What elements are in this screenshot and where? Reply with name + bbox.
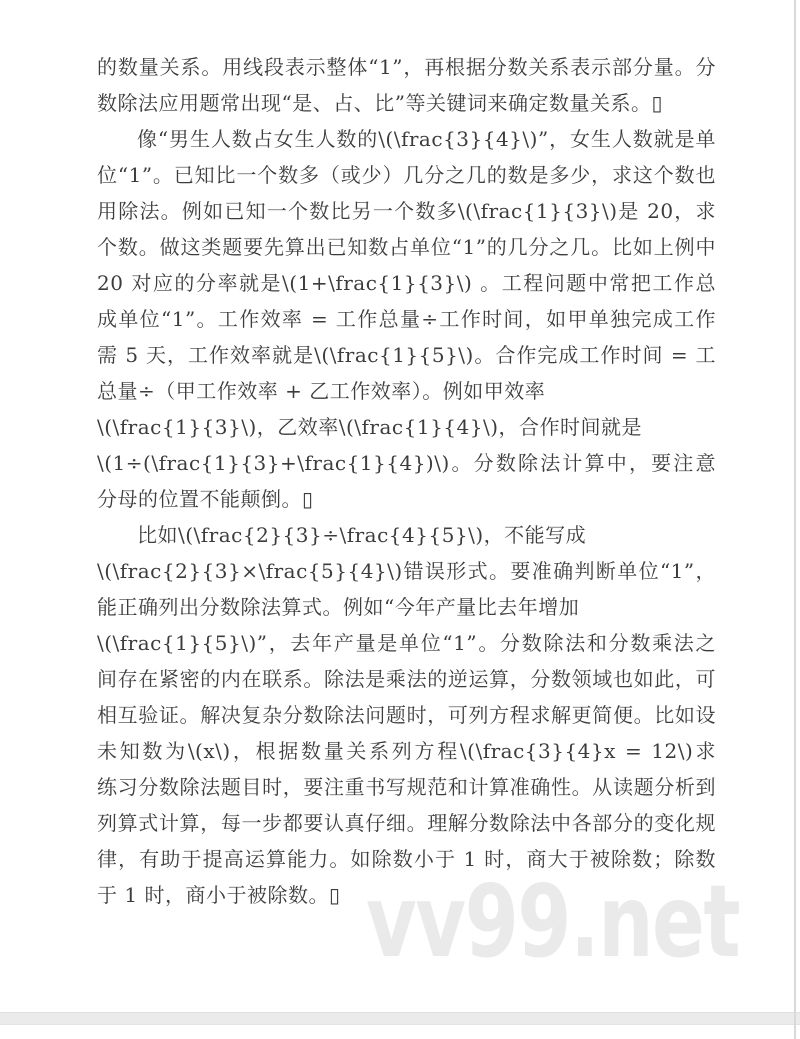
text-line: 分母的位置不能颠倒。▯ [97,481,716,517]
text-line: 用除法。例如已知一个数比另一个数多\(\frac{1}{3}\)是 20，求另一 [97,193,716,229]
text-line: 间存在紧密的内在联系。除法是乘法的逆运算，分数领域也如此，可 [97,661,716,697]
text-line: 的数量关系。用线段表示整体“1”，再根据分数关系表示部分量。分 [97,49,716,85]
text-line: 于 1 时，商小于被除数。▯ [97,877,716,913]
text-line: 列算式计算，每一步都要认真仔细。理解分数除法中各部分的变化规 [97,805,716,841]
text-line: 位“1”。已知比一个数多（或少）几分之几的数是多少，求这个数也 [97,157,716,193]
text-line: 成单位“1”。工作效率 = 工作总量÷工作时间，如甲单独完成工作 [97,301,716,337]
text-line: 总量÷（甲工作效率 + 乙工作效率）。例如甲效率 [97,373,716,409]
text-line: 数除法应用题常出现“是、占、比”等关键词来确定数量关系。▯ [97,85,716,121]
text-line: \(\frac{2}{3}×\frac{5}{4}\)错误形式。要准确判断单位“… [97,553,716,589]
document-page: vv99.net 的数量关系。用线段表示整体“1”，再根据分数关系表示部分量。分… [0,0,800,1039]
text-line: 相互验证。解决复杂分数除法问题时，可列方程求解更简便。比如设 [97,697,716,733]
page-separator [0,1012,800,1025]
text-block: 的数量关系。用线段表示整体“1”，再根据分数关系表示部分量。分数除法应用题常出现… [97,49,716,913]
text-line: 像“男生人数占女生人数的\(\frac{3}{4}\)”，女生人数就是单 [97,121,716,157]
text-line: 能正确列出分数除法算式。例如“今年产量比去年增加 [97,589,716,625]
text-line: 未知数为\(x\)，根据数量关系列方程\(\frac{3}{4}x = 12\)… [97,733,716,769]
text-line: 需 5 天，工作效率就是\(\frac{1}{5}\)。合作完成工作时间 = 工… [97,337,716,373]
text-line: 练习分数除法题目时，要注重书写规范和计算准确性。从读题分析到 [97,769,716,805]
text-line: 20 对应的分率就是\(1+\frac{1}{3}\) 。工程问题中常把工作总量… [97,265,716,301]
text-line: \(\frac{1}{3}\)，乙效率\(\frac{1}{4}\)，合作时间就… [97,409,716,445]
text-line: 律，有助于提高运算能力。如除数小于 1 时，商大于被除数；除数大 [97,841,716,877]
text-line: 比如\(\frac{2}{3}÷\frac{4}{5}\)，不能写成 [97,517,716,553]
text-line: \(\frac{1}{5}\)”，去年产量是单位“1”。分数除法和分数乘法之 [97,625,716,661]
window-right-border [794,0,796,1039]
text-line: 个数。做这类题要先算出已知数占单位“1”的几分之几。比如上例中 [97,229,716,265]
text-line: \(1÷(\frac{1}{3}+\frac{1}{4})\)。分数除法计算中，… [97,445,716,481]
